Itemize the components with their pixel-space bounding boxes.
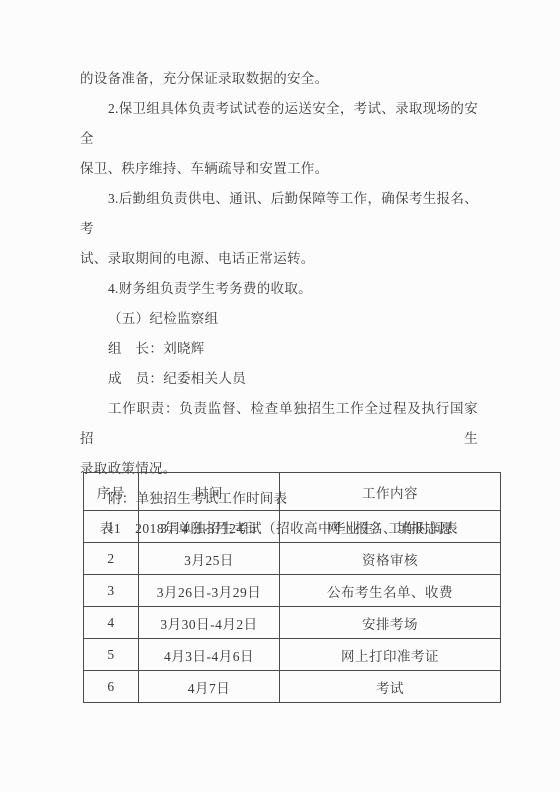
paragraph-line: 工作职责：负责监督、检查单独招生工作全过程及执行国家招生 [80,394,478,454]
document-page: 的设备准备，充分保证录取数据的安全。 2.保卫组具体负责考试试卷的运送安全，考试… [0,0,560,792]
table-row: 2 3月25日 资格审核 [84,543,501,575]
table-row: 1 3月4日-3月24日 网上报名、填报志愿 [84,511,501,543]
table-row: 5 4月3日-4月6日 网上打印准考证 [84,639,501,671]
group-leader-line: 组 长：刘晓辉 [80,334,478,364]
table-cell-content: 网上报名、填报志愿 [280,511,501,543]
table-cell-seq: 6 [84,671,139,703]
table-cell-content: 安排考场 [280,607,501,639]
header-cell-seq: 序号 [84,473,139,511]
group-members-line: 成 员：纪委相关人员 [80,364,478,394]
paragraph-line: 的设备准备，充分保证录取数据的安全。 [80,64,478,94]
table-cell-time: 3月30日-4月2日 [139,607,280,639]
table-cell-time: 3月25日 [139,543,280,575]
table-header-row: 序号 时间 工作内容 [84,473,501,511]
section-heading-line: （五）纪检监察组 [80,304,478,334]
table-cell-content: 考试 [280,671,501,703]
table-row: 4 3月30日-4月2日 安排考场 [84,607,501,639]
table-cell-seq: 1 [84,511,139,543]
table-cell-seq: 5 [84,639,139,671]
paragraph-line: 3.后勤组负责供电、通讯、后勤保障等工作，确保考生报名、考 [80,184,478,244]
table-cell-time: 4月3日-4月6日 [139,639,280,671]
paragraph-line: 2.保卫组具体负责考试试卷的运送安全，考试、录取现场的安全 [80,94,478,154]
table-cell-seq: 4 [84,607,139,639]
header-cell-content: 工作内容 [280,473,501,511]
schedule-table: 序号 时间 工作内容 1 3月4日-3月24日 网上报名、填报志愿 2 3月25… [83,472,501,703]
table-cell-content: 资格审核 [280,543,501,575]
table-row: 3 3月26日-3月29日 公布考生名单、收费 [84,575,501,607]
table-row: 6 4月7日 考试 [84,671,501,703]
table-cell-time: 4月7日 [139,671,280,703]
paragraph-line: 试、录取期间的电源、电话正常运转。 [80,244,478,274]
table-cell-seq: 2 [84,543,139,575]
table-cell-content: 网上打印准考证 [280,639,501,671]
table-cell-content: 公布考生名单、收费 [280,575,501,607]
paragraph-line: 保卫、秩序维持、车辆疏导和安置工作。 [80,154,478,184]
table-cell-seq: 3 [84,575,139,607]
header-cell-time: 时间 [139,473,280,511]
table-cell-time: 3月26日-3月29日 [139,575,280,607]
table-cell-time: 3月4日-3月24日 [139,511,280,543]
paragraph-line: 4.财务组负责学生考务费的收取。 [80,274,478,304]
